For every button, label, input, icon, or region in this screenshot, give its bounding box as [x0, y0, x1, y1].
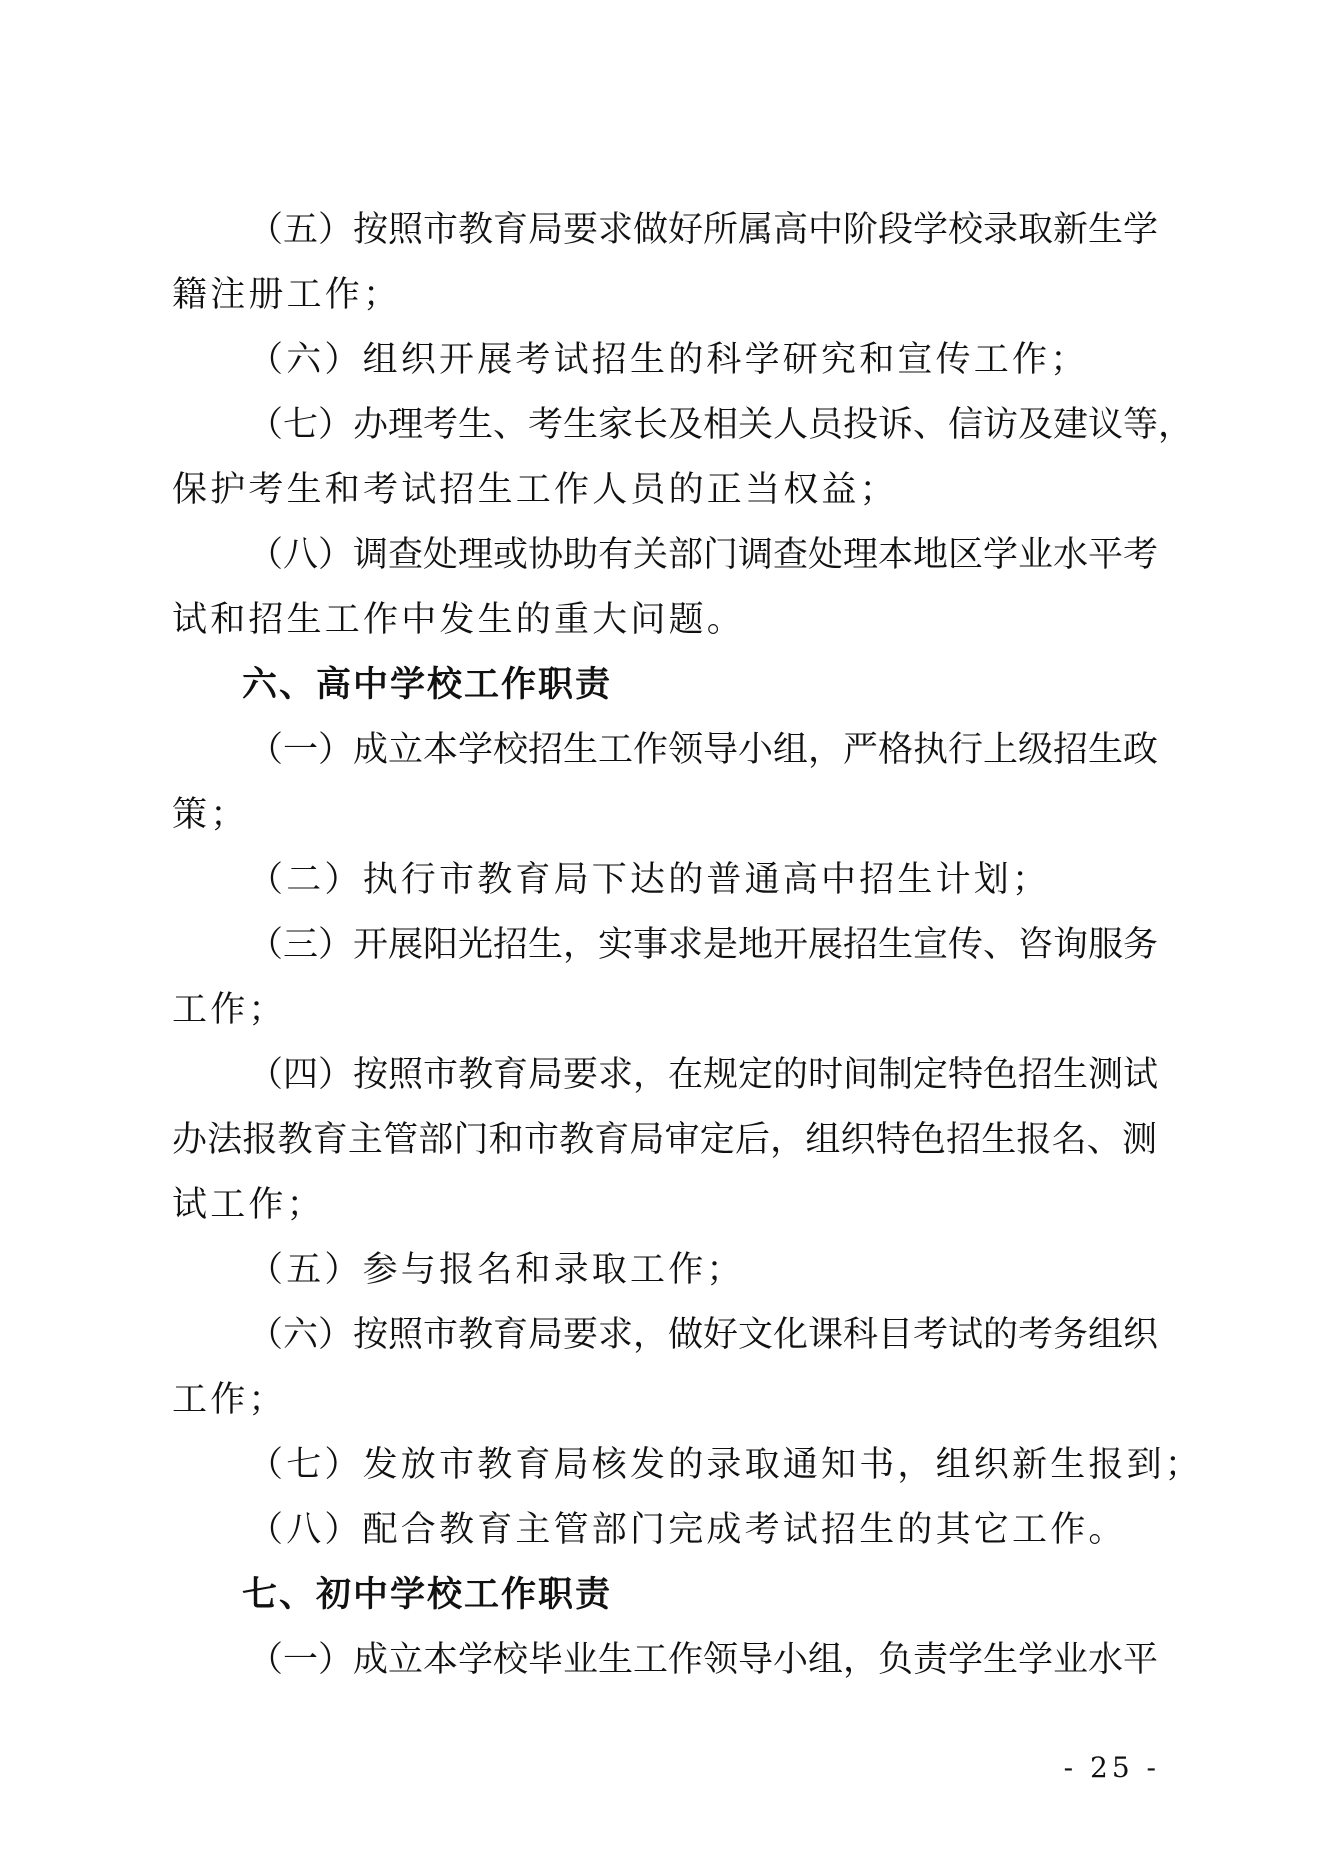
paragraph-line: （六）组织开展考试招生的科学研究和宣传工作； [248, 335, 1158, 385]
paragraph-line: 保护考生和考试招生工作人员的正当权益； [172, 465, 1157, 515]
paragraph-line: （八）调查处理或协助有关部门调查处理本地区学业水平考 [248, 530, 1158, 580]
paragraph-line: （一）成立本学校招生工作领导小组，严格执行上级招生政 [248, 725, 1158, 775]
paragraph-line: （七）办理考生、考生家长及相关人员投诉、信访及建议等， [248, 400, 1158, 450]
paragraph-line: （三）开展阳光招生，实事求是地开展招生宣传、咨询服务 [248, 920, 1158, 970]
paragraph-line: （六）按照市教育局要求，做好文化课科目考试的考务组织 [248, 1310, 1158, 1360]
paragraph-line: （七）发放市教育局核发的录取通知书，组织新生报到； [248, 1440, 1158, 1490]
paragraph-line: 办法报教育主管部门和市教育局审定后，组织特色招生报名、测 [172, 1115, 1157, 1165]
paragraph-line: 工作； [172, 1375, 1157, 1425]
paragraph-line: （五）参与报名和录取工作； [248, 1245, 1158, 1295]
paragraph-line: （二）执行市教育局下达的普通高中招生计划； [248, 855, 1158, 905]
section-heading: 七、初中学校工作职责 [242, 1570, 1227, 1620]
paragraph-line: 籍注册工作； [172, 270, 1157, 320]
paragraph-line: （一）成立本学校毕业生工作领导小组，负责学生学业水平 [248, 1635, 1158, 1685]
page-number: - 25 - [1060, 1748, 1160, 1788]
paragraph-line: 试工作； [172, 1180, 1157, 1230]
paragraph-line: 策； [172, 790, 1157, 840]
paragraph-line: （四）按照市教育局要求，在规定的时间制定特色招生测试 [248, 1050, 1158, 1100]
paragraph-line: 工作； [172, 985, 1157, 1035]
paragraph-line: （八）配合教育主管部门完成考试招生的其它工作。 [248, 1505, 1158, 1555]
paragraph-line: 试和招生工作中发生的重大问题。 [172, 595, 1157, 645]
section-heading: 六、高中学校工作职责 [242, 660, 1227, 710]
document-page: （五）按照市教育局要求做好所属高中阶段学校录取新生学 籍注册工作； （六）组织开… [0, 0, 1323, 1871]
paragraph-line: （五）按照市教育局要求做好所属高中阶段学校录取新生学 [248, 205, 1158, 255]
